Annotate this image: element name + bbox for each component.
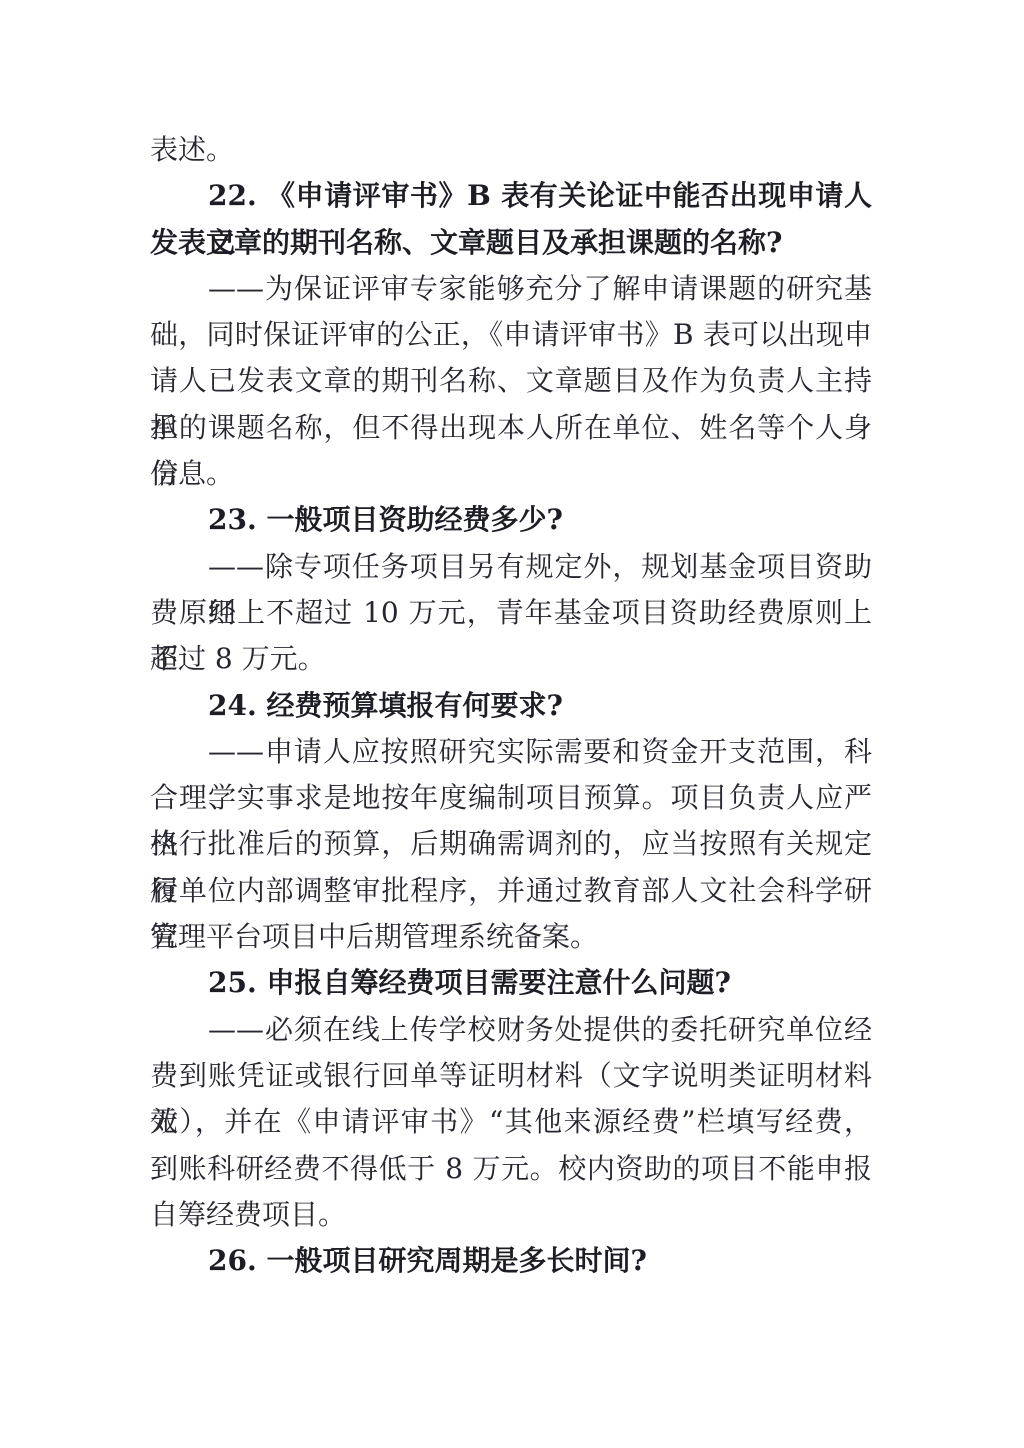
body-text-line: ——必须在线上传学校财务处提供的委托研究单位经: [150, 1007, 872, 1053]
faq-question-heading: 23. 一般项目资助经费多少?: [150, 497, 872, 543]
body-text-line: 信息。: [150, 451, 872, 497]
faq-question-heading: 24. 经费预算填报有何要求?: [150, 683, 872, 729]
faq-question-heading: 22. 《申请评审书》B 表有关论证中能否出现申请人已: [150, 173, 872, 219]
document-page: 表述。22. 《申请评审书》B 表有关论证中能否出现申请人已发表文章的期刊名称、…: [0, 0, 1024, 1448]
body-text-line: ——为保证评审专家能够充分了解申请课题的研究基: [150, 266, 872, 312]
body-text-line: 行单位内部调整审批程序，并通过教育部人文社会科学研究: [150, 868, 872, 914]
body-text-line: ——除专项任务项目另有规定外，规划基金项目资助经: [150, 544, 872, 590]
body-text-line: 管理平台项目中后期管理系统备案。: [150, 914, 872, 960]
body-text-line: 效），并在《申请评审书》“其他来源经费”栏填写经费，: [150, 1099, 872, 1145]
faq-question-heading: 25. 申报自筹经费项目需要注意什么问题?: [150, 960, 872, 1006]
body-text-line: 表述。: [150, 127, 872, 173]
document-content: 表述。22. 《申请评审书》B 表有关论证中能否出现申请人已发表文章的期刊名称、…: [150, 127, 872, 1284]
body-text-line: ——申请人应按照研究实际需要和资金开支范围，科学: [150, 729, 872, 775]
body-text-line: 执行批准后的预算，后期确需调剂的，应当按照有关规定履: [150, 821, 872, 867]
body-text-line: 请人已发表文章的期刊名称、文章题目及作为负责人主持承: [150, 358, 872, 404]
body-text-line: 合理、实事求是地按年度编制项目预算。项目负责人应严格: [150, 775, 872, 821]
body-text-line: 到账科研经费不得低于 8 万元。校内资助的项目不能申报: [150, 1146, 872, 1192]
body-text-line: 费到账凭证或银行回单等证明材料（文字说明类证明材料无: [150, 1053, 872, 1099]
body-text-line: 超过 8 万元。: [150, 636, 872, 682]
body-text-line: 担的课题名称，但不得出现本人所在单位、姓名等个人身份: [150, 405, 872, 451]
body-text-line: 自筹经费项目。: [150, 1192, 872, 1238]
faq-question-heading: 发表文章的期刊名称、文章题目及承担课题的名称?: [150, 220, 872, 266]
body-text-line: 费原则上不超过 10 万元，青年基金项目资助经费原则上不: [150, 590, 872, 636]
faq-question-heading: 26. 一般项目研究周期是多长时间?: [150, 1238, 872, 1284]
body-text-line: 础，同时保证评审的公正，《申请评审书》B 表可以出现申: [150, 312, 872, 358]
